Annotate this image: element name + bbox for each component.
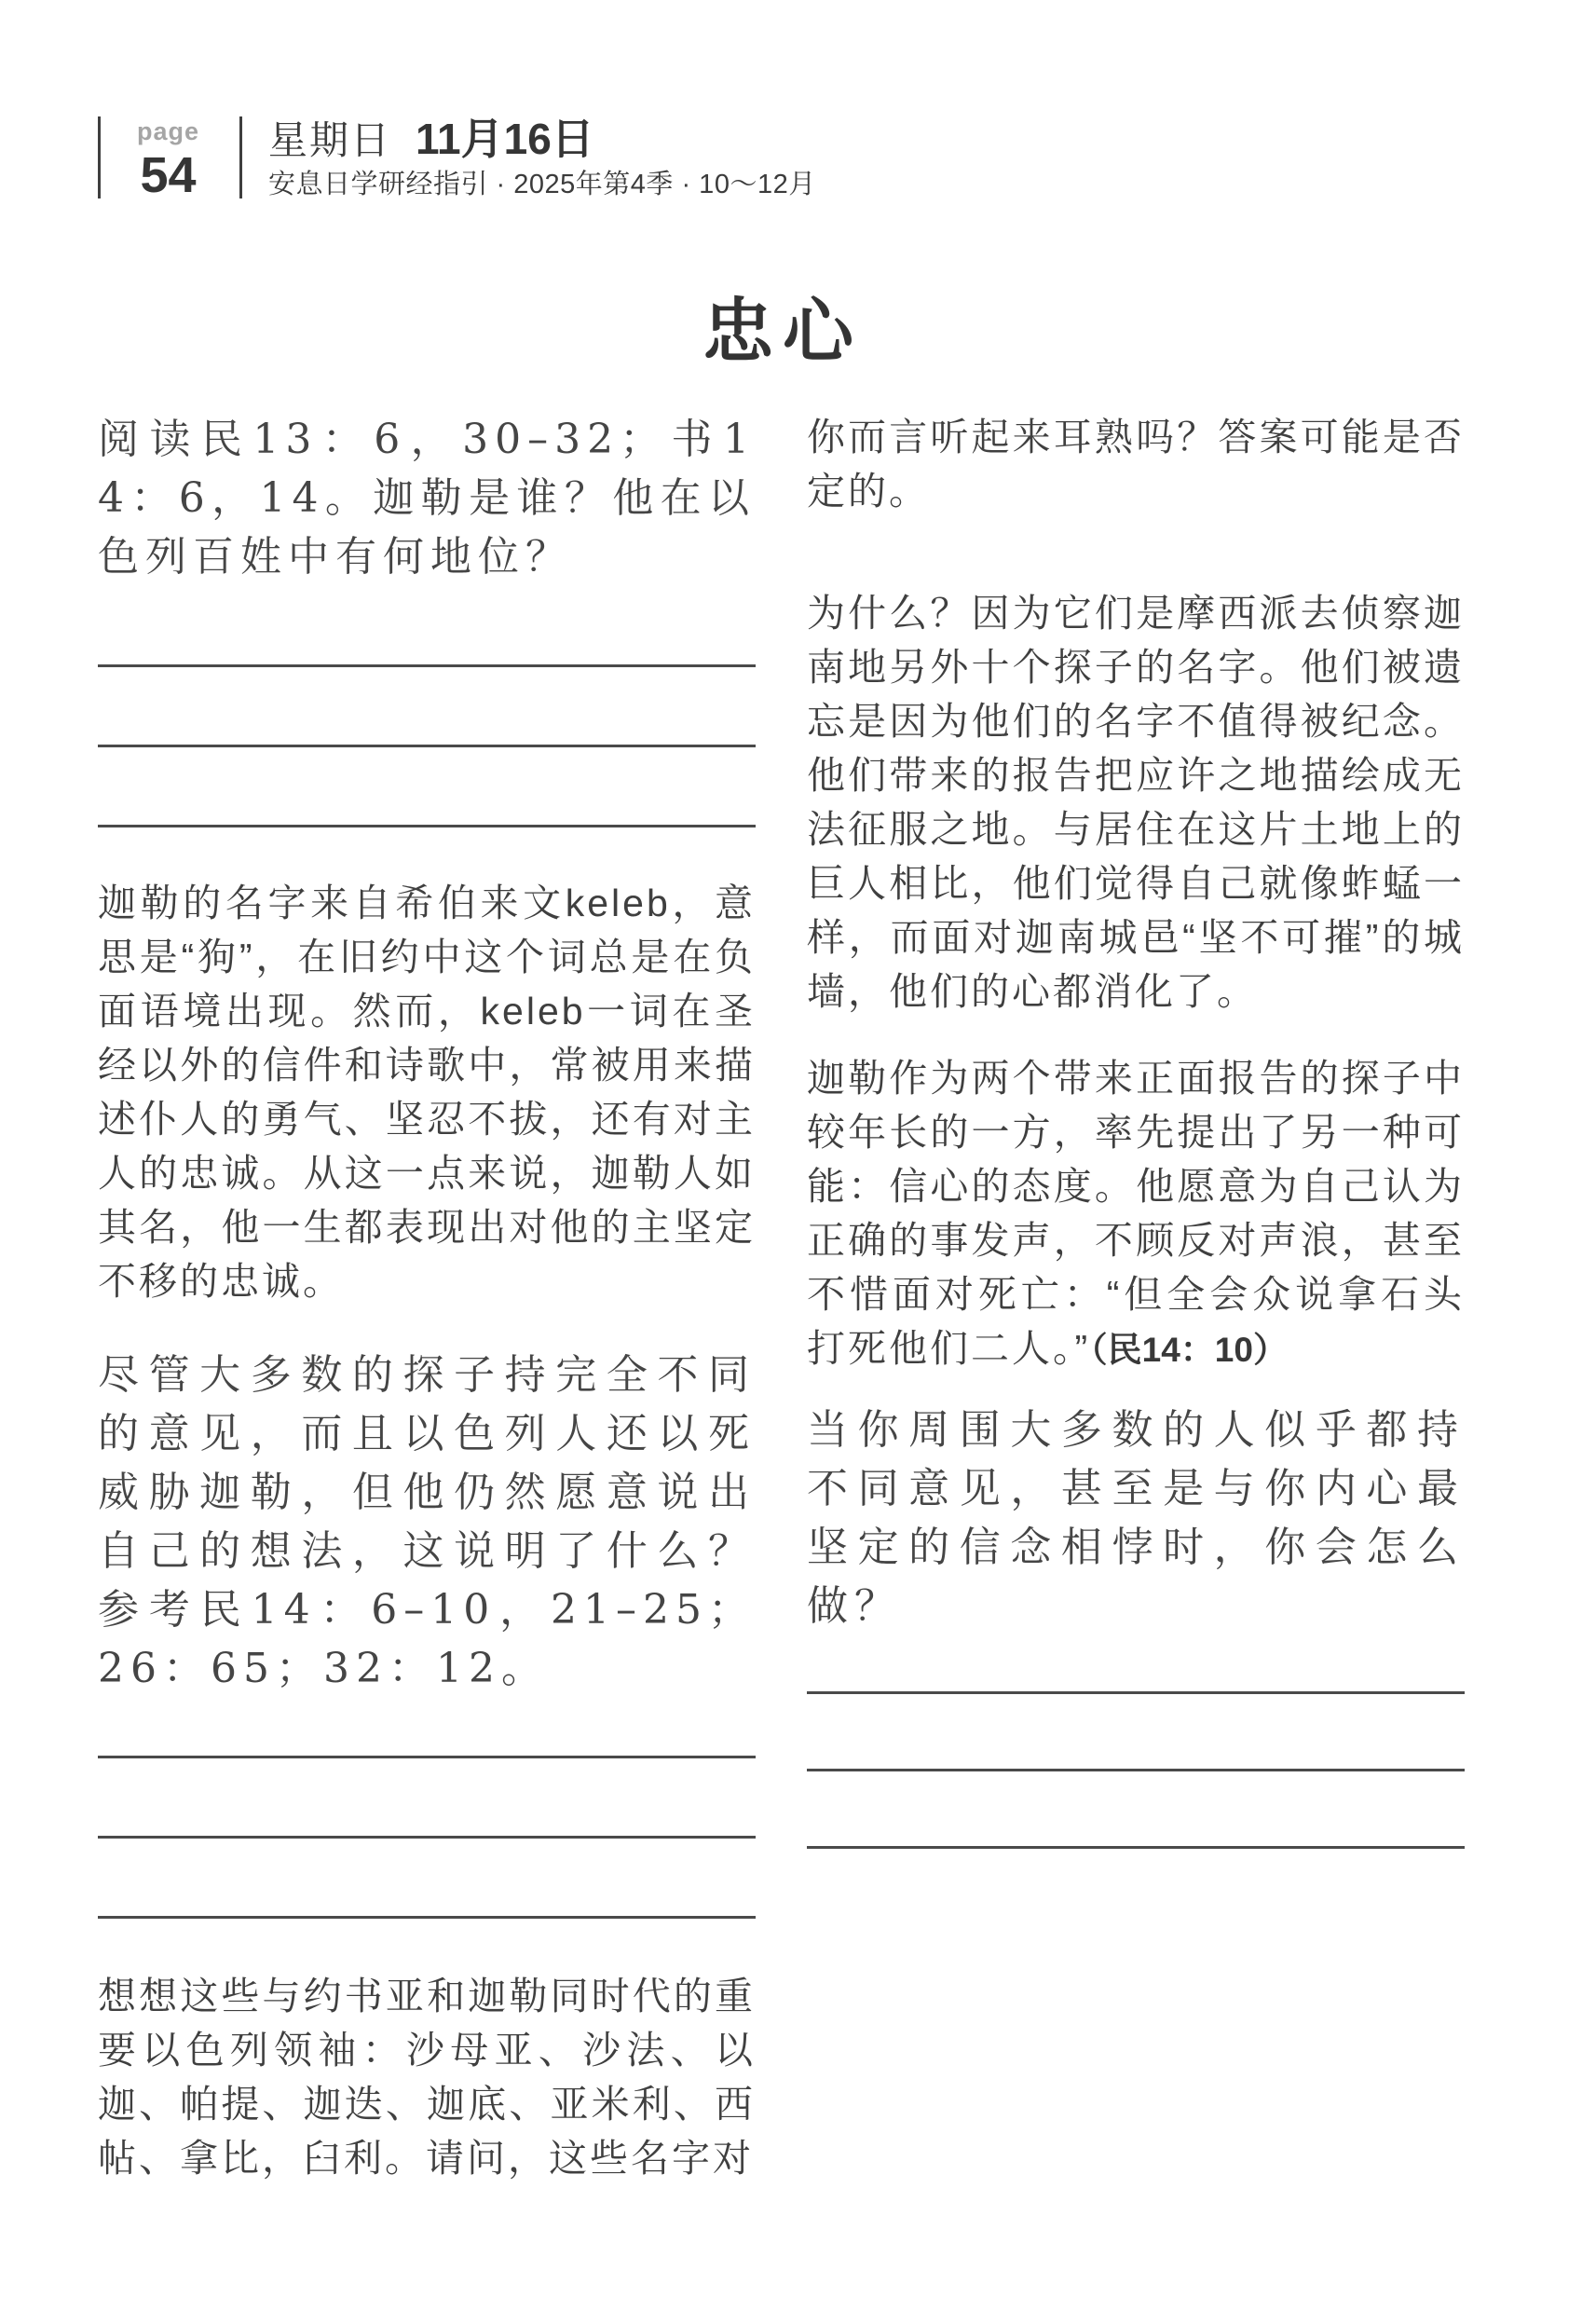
paragraph-caleb-text: 迦勒作为两个带来正面报告的探子中较年长的一方，率先提出了另一种可能：信心的态度。… [807, 1057, 1465, 1370]
paragraph-forgotten-spies: 为什么？因为它们是摩西派去侦察迦南地另外十个探子的名字。他们被遗忘是因为他们的名… [807, 586, 1465, 1019]
answer-line [98, 1756, 756, 1758]
date-label: 11月16日 [416, 117, 594, 160]
answer-line [807, 1846, 1465, 1849]
paragraph-keleb-meaning: 迦勒的名字来自希伯来文keleb，意思是“狗”，在旧约中这个词总是在负面语境出现… [98, 876, 756, 1308]
left-column: 阅读民13：6，30–32；书14：6，14。迦勒是谁？他在以色列百姓中有何地位… [98, 410, 756, 2185]
paragraph-names-continued: 你而言听起来耳熟吗？答案可能是否定的。 [807, 410, 1465, 518]
header-day-date: 星期日 11月16日 [268, 117, 816, 160]
answer-line [98, 1836, 756, 1839]
page-number-block: page 54 [110, 119, 226, 200]
header-text-block: 星期日 11月16日 安息日学研经指引 · 2025年第4季 · 10～12月 [268, 117, 816, 198]
answer-line [98, 664, 756, 667]
page-number: 54 [110, 150, 226, 200]
lesson-title: 忠心 [98, 275, 1467, 376]
answer-line [807, 1769, 1465, 1771]
bible-reference: （民14：10） [1090, 1331, 1288, 1369]
header-rule-left [98, 116, 101, 198]
answer-line [807, 1691, 1465, 1694]
application-question: 当你周围大多数的人似乎都持不同意见，甚至是与你内心最坚定的信念相悖时，你会怎么做… [807, 1401, 1465, 1635]
page-label: page [110, 119, 226, 144]
answer-line [98, 745, 756, 747]
paragraph-leader-names: 想想这些与约书亚和迦勒同时代的重要以色列领袖：沙母亚、沙法、以迦、帕提、迦迭、迦… [98, 1969, 756, 2185]
study-question-2: 尽管大多数的探子持完全不同的意见，而且以色列人还以死威胁迦勒，但他仍然愿意说出自… [98, 1346, 756, 1698]
edition-subtitle: 安息日学研经指引 · 2025年第4季 · 10～12月 [268, 171, 816, 198]
right-column: 你而言听起来耳熟吗？答案可能是否定的。 为什么？因为它们是摩西派去侦察迦南地另外… [807, 410, 1465, 1849]
study-guide-page: page 54 星期日 11月16日 安息日学研经指引 · 2025年第4季 ·… [0, 0, 1596, 2311]
weekday-label: 星期日 [268, 121, 391, 160]
answer-line [98, 825, 756, 827]
header-rule-right [239, 116, 242, 198]
paragraph-caleb-faith: 迦勒作为两个带来正面报告的探子中较年长的一方，率先提出了另一种可能：信心的态度。… [807, 1051, 1465, 1377]
study-question-1: 阅读民13：6，30–32；书14：6，14。迦勒是谁？他在以色列百姓中有何地位… [98, 410, 756, 586]
answer-line [98, 1916, 756, 1919]
